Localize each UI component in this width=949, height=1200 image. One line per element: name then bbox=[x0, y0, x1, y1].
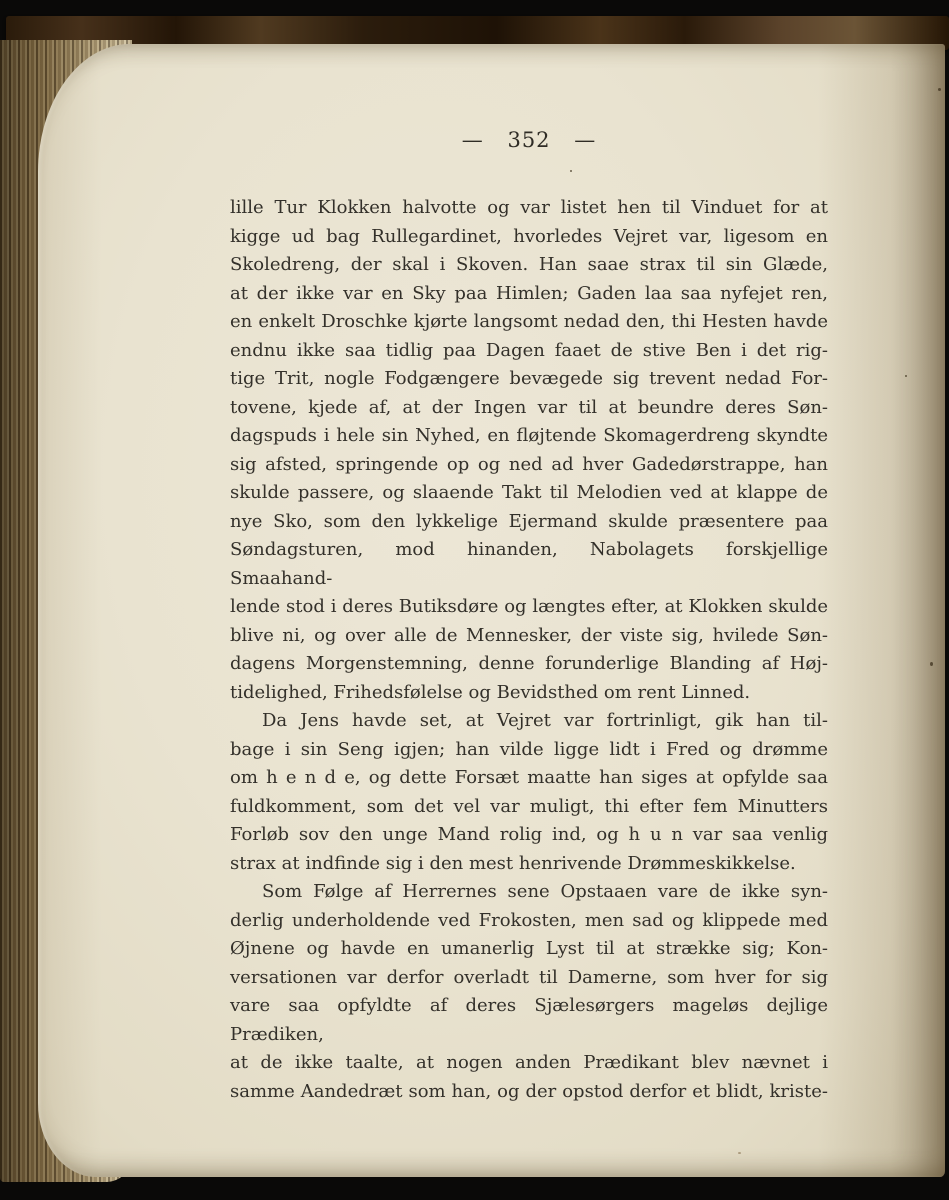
text-block: lille Tur Klokken halvotte og var listet… bbox=[230, 194, 828, 1106]
paper-speck bbox=[905, 375, 907, 377]
text-line: Søndagsturen, mod hinanden, Nabolagets f… bbox=[230, 536, 828, 593]
text-line: dagens Morgenstemning, denne forunderlig… bbox=[230, 650, 828, 679]
text-line: Som Følge af Herrernes sene Opstaaen var… bbox=[230, 878, 828, 907]
text-line: dagspuds i hele sin Nyhed, en fløjtende … bbox=[230, 422, 828, 451]
text-line: tidelighed, Frihedsfølelse og Bevidsthed… bbox=[230, 679, 828, 708]
text-line: nye Sko, som den lykkelige Ejermand skul… bbox=[230, 508, 828, 537]
text-line: at de ikke taalte, at nogen anden Prædik… bbox=[230, 1049, 828, 1078]
text-line: endnu ikke saa tidlig paa Dagen faaet de… bbox=[230, 337, 828, 366]
text-line: strax at indfinde sig i den mest henrive… bbox=[230, 850, 828, 879]
text-line: om h e n d e, og dette Forsæt maatte han… bbox=[230, 764, 828, 793]
text-line: bage i sin Seng igjen; han vilde ligge l… bbox=[230, 736, 828, 765]
text-line: versationen var derfor overladt til Dame… bbox=[230, 964, 828, 993]
text-line: Skoledreng, der skal i Skoven. Han saae … bbox=[230, 251, 828, 280]
text-line: skulde passere, og slaaende Takt til Mel… bbox=[230, 479, 828, 508]
scanned-book-photo: — 352 — lille Tur Klokken halvotte og va… bbox=[0, 0, 949, 1200]
text-line: blive ni, og over alle de Mennesker, der… bbox=[230, 622, 828, 651]
text-line: lende stod i deres Butiksdøre og længtes… bbox=[230, 593, 828, 622]
book-page: — 352 — lille Tur Klokken halvotte og va… bbox=[38, 44, 945, 1177]
paper-speck bbox=[570, 170, 572, 172]
text-line: Da Jens havde set, at Vejret var fortrin… bbox=[230, 707, 828, 736]
text-line: en enkelt Droschke kjørte langsomt nedad… bbox=[230, 308, 828, 337]
text-line: kigge ud bag Rullegardinet, hvorledes Ve… bbox=[230, 223, 828, 252]
text-line: sig afsted, springende op og ned ad hver… bbox=[230, 451, 828, 480]
text-line: tovene, kjede af, at der Ingen var til a… bbox=[230, 394, 828, 423]
text-line: samme Aandedræt som han, og der opstod d… bbox=[230, 1078, 828, 1107]
text-line: at der ikke var en Sky paa Himlen; Gaden… bbox=[230, 280, 828, 309]
paper-speck bbox=[930, 662, 933, 666]
page-number: — 352 — bbox=[230, 128, 828, 152]
text-line: fuldkomment, som det vel var muligt, thi… bbox=[230, 793, 828, 822]
text-line: lille Tur Klokken halvotte og var listet… bbox=[230, 194, 828, 223]
text-line: Forløb sov den unge Mand rolig ind, og h… bbox=[230, 821, 828, 850]
paper-speck bbox=[738, 1152, 741, 1154]
text-line: derlig underholdende ved Frokosten, men … bbox=[230, 907, 828, 936]
text-line: vare saa opfyldte af deres Sjælesørgers … bbox=[230, 992, 828, 1049]
paper-speck bbox=[938, 88, 941, 91]
text-line: tige Trit, nogle Fodgængere bevægede sig… bbox=[230, 365, 828, 394]
text-line: Øjnene og havde en umanerlig Lyst til at… bbox=[230, 935, 828, 964]
